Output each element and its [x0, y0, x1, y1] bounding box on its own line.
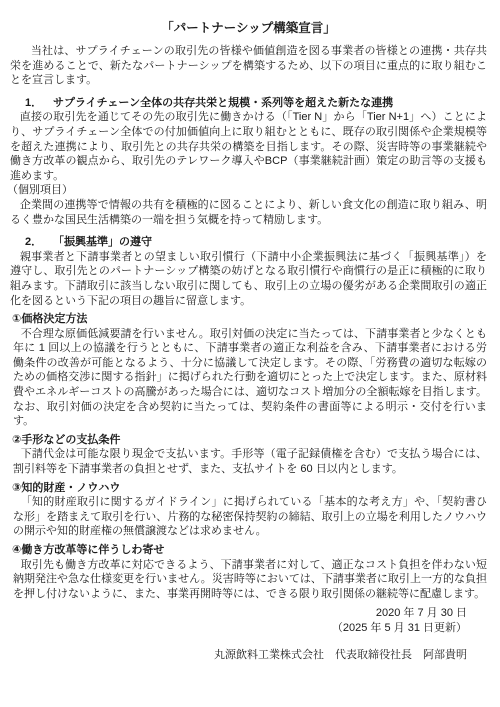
- date-block: 2020 年 7 月 30 日 （2025 年 5 月 31 日更新）: [10, 606, 487, 635]
- section-2-heading: 2． 「振興基準」の遵守: [10, 235, 487, 250]
- item-3-heading: ③知的財産・ノウハウ: [12, 481, 487, 496]
- item-4-body: 取引先も働き方改革に対応できるよう、下請事業者に対して、適正なコスト負担を伴わな…: [13, 558, 487, 602]
- declaration-date: 2020 年 7 月 30 日: [10, 606, 467, 621]
- section-1-heading: 1． サプライチェーン全体の共存共栄と規模・系列等を超えた新たな連携: [10, 96, 487, 111]
- item-2-heading: ②手形などの支払条件: [12, 433, 487, 448]
- item-4-heading: ④働き方改革等に伴うしわ寄せ: [12, 543, 487, 558]
- section-2-body: 親事業者と下請事業者との望ましい取引慣行（下請中小企業振興法に基づく「振興基準」…: [10, 250, 487, 308]
- item-payment-terms: ②手形などの支払条件 下請代金は可能な限り現金で支払います。手形等（電子記録債権…: [10, 433, 487, 477]
- item-intellectual-property: ③知的財産・ノウハウ 「知的財産取引に関するガイドライン」に掲げられている「基本…: [10, 481, 487, 539]
- individual-items-body: 企業間の連携等で情報の共有を積極的に図ることにより、新しい食文化の創造に取り組み…: [10, 198, 487, 227]
- document-title: 「パートナーシップ構築宣言」: [10, 20, 487, 36]
- item-2-body: 下請代金は可能な限り現金で支払います。手形等（電子記録債権を含む）で支払う場合に…: [13, 447, 487, 476]
- section-1-number: 1．: [25, 96, 53, 111]
- item-price-determination: ①価格決定方法 不合理な原価低減要請を行いません。取引対価の決定に当たっては、下…: [10, 312, 487, 429]
- section-2-number: 2．: [25, 235, 53, 250]
- intro-paragraph: 当社は、サプライチェーンの取引先の皆様や価値創造を図る事業者の皆様との連携・共存…: [10, 44, 487, 88]
- updated-date: （2025 年 5 月 31 日更新）: [10, 621, 467, 636]
- individual-items-label: （個別項目）: [7, 183, 487, 198]
- section-1-body: 直接の取引先を通じてその先の取引先に働きかける（「Tier N」から「Tier …: [10, 110, 487, 183]
- signature-line: 丸源飲料工業株式会社 代表取締役社長 阿部貴明: [10, 648, 487, 663]
- item-3-body: 「知的財産取引に関するガイドライン」に掲げられている「基本的な考え方」や、「契約…: [13, 495, 487, 539]
- item-1-heading: ①価格決定方法: [12, 312, 487, 327]
- section-1-title: サプライチェーン全体の共存共栄と規模・系列等を超えた新たな連携: [53, 96, 393, 111]
- section-2-title: 「振興基準」の遵守: [53, 235, 152, 250]
- document-page: 「パートナーシップ構築宣言」 当社は、サプライチェーンの取引先の皆様や価値創造を…: [0, 0, 500, 707]
- item-work-style-reform: ④働き方改革等に伴うしわ寄せ 取引先も働き方改革に対応できるよう、下請事業者に対…: [10, 543, 487, 601]
- item-1-body: 不合理な原価低減要請を行いません。取引対価の決定に当たっては、下請事業者と少なく…: [13, 327, 487, 429]
